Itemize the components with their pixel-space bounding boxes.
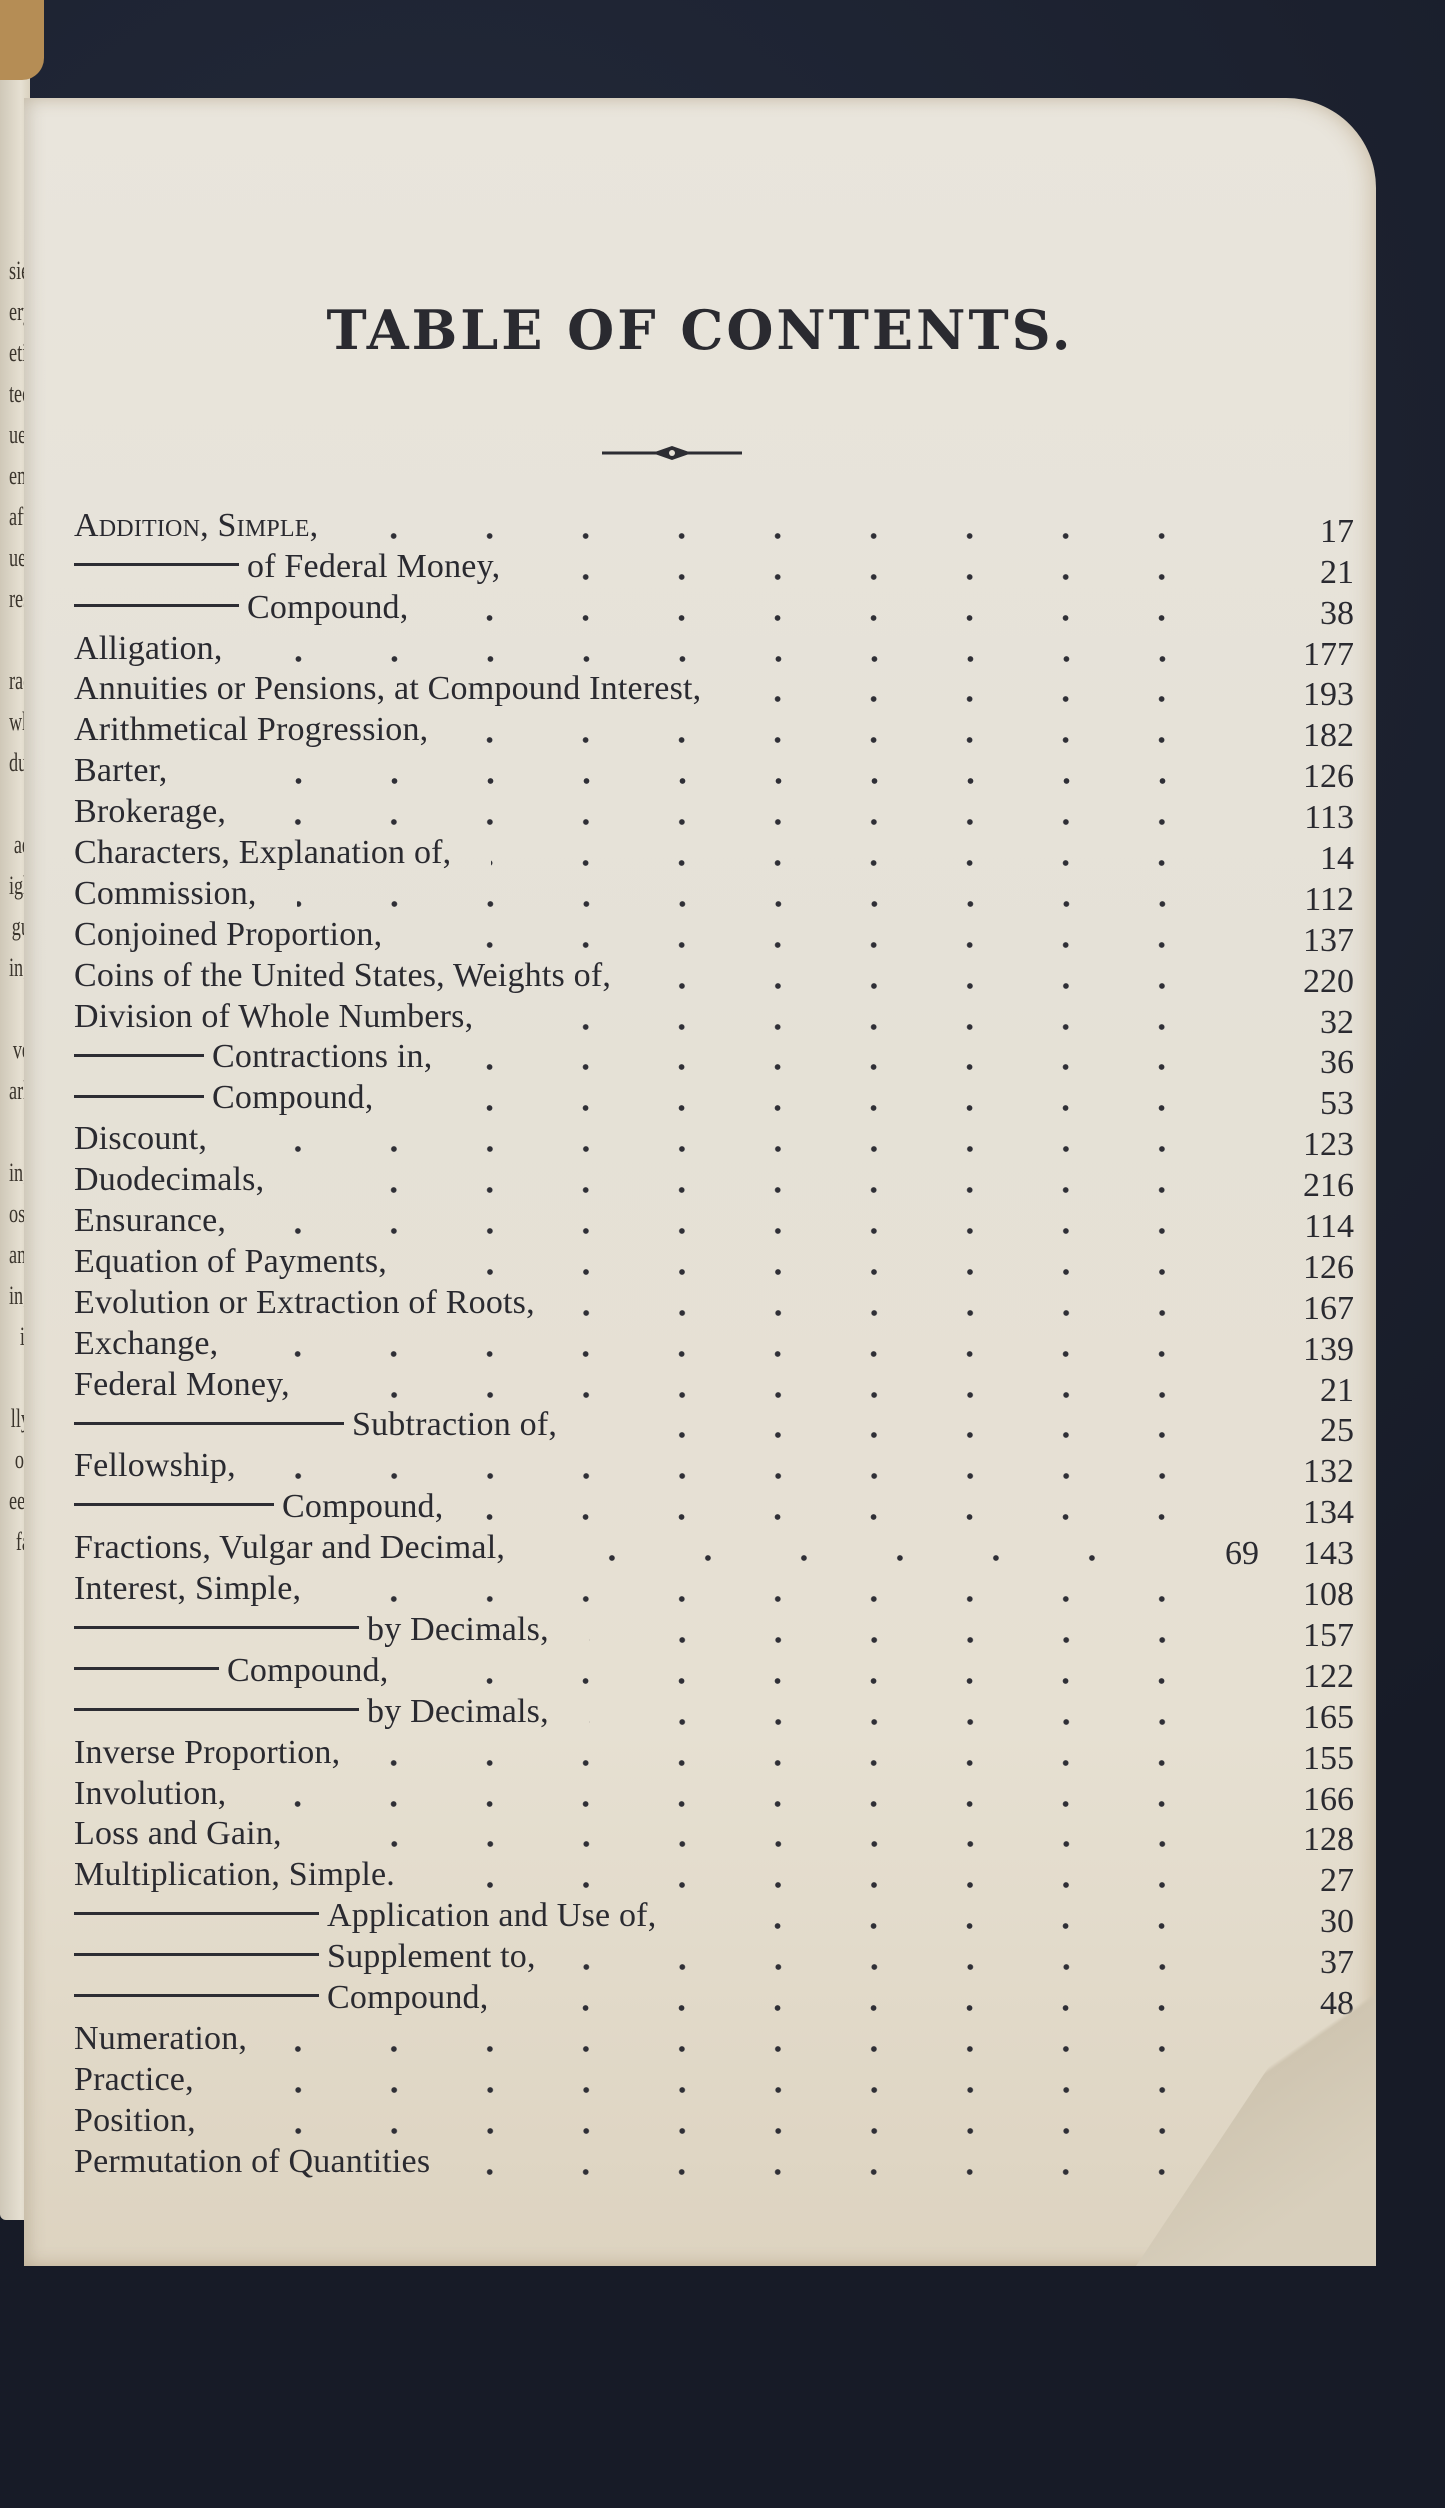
- page-number: 25: [1254, 1414, 1354, 1448]
- entry-label: Arithmetical Progression,: [74, 713, 428, 753]
- toc-entry[interactable]: Coins of the United States, Weights of, …: [74, 958, 1354, 999]
- ditto-dash: [74, 1095, 204, 1098]
- toc-entry[interactable]: Annuities or Pensions, at Compound Inter…: [74, 672, 1354, 713]
- toc-entry[interactable]: Supplement to, 37: [74, 1939, 1354, 1980]
- page-number: 17: [1254, 515, 1354, 549]
- dot-leader: [234, 2087, 1254, 2093]
- toc-entry[interactable]: Compound, 53: [74, 1080, 1354, 1121]
- page-number: 32: [1254, 1006, 1354, 1040]
- entry-text: Exchange,: [74, 1325, 218, 1362]
- entry-label: Exchange,: [74, 1327, 218, 1367]
- page-number: 122: [1254, 1660, 1354, 1694]
- page-number: 143: [1254, 1537, 1354, 1571]
- entry-text: Fellowship,: [74, 1447, 236, 1484]
- ditto-dash: [74, 1054, 204, 1057]
- entry-text: Federal Money,: [74, 1366, 290, 1403]
- toc-entry[interactable]: Discount, 123: [74, 1121, 1354, 1162]
- toc-entry[interactable]: Commission, 112: [74, 876, 1354, 917]
- dot-leader: [589, 1637, 1254, 1643]
- entry-label: Interest, Simple,: [74, 1572, 301, 1612]
- page-number: 126: [1254, 760, 1354, 794]
- toc-entry[interactable]: Contractions in, 36: [74, 1040, 1354, 1081]
- toc-entry[interactable]: Arithmetical Progression, 182: [74, 712, 1354, 753]
- page-number: 166: [1254, 1783, 1354, 1817]
- dot-leader: [358, 533, 1254, 539]
- entry-label: Practice,: [74, 2063, 194, 2103]
- dot-leader: [491, 860, 1254, 866]
- dot-leader: [468, 737, 1254, 743]
- ditto-dash: [74, 1503, 274, 1506]
- toc-entry[interactable]: Fellowship, 132: [74, 1448, 1354, 1489]
- entry-text: Subtraction of,: [352, 1406, 557, 1443]
- entry-text: Practice,: [74, 2061, 194, 2098]
- entry-label: Alligation,: [74, 632, 223, 672]
- toc-entry[interactable]: Equation of Payments, 126: [74, 1244, 1354, 1285]
- entry-text: Division of Whole Numbers,: [74, 998, 473, 1035]
- entry-label: Compound,: [74, 591, 408, 631]
- entry-text: Involution,: [74, 1775, 226, 1812]
- entry-label: Evolution or Extraction of Roots,: [74, 1286, 535, 1326]
- entry-text: Evolution or Extraction of Roots,: [74, 1284, 535, 1321]
- page-number: 220: [1254, 965, 1354, 999]
- ditto-dash: [74, 1626, 359, 1629]
- toc-entry[interactable]: Compound, 134: [74, 1489, 1354, 1530]
- page-number: 182: [1254, 719, 1354, 753]
- entry-label: Inverse Proportion,: [74, 1736, 340, 1776]
- dot-leader: [413, 1105, 1254, 1111]
- dot-leader: [341, 1596, 1254, 1602]
- entry-text: Barter,: [74, 752, 168, 789]
- dot-leader: [208, 778, 1255, 784]
- dot-leader: [297, 901, 1254, 907]
- entry-label: Federal Money,: [74, 1368, 290, 1408]
- entry-text: Commission,: [74, 875, 257, 912]
- entry-text: Arithmetical Progression,: [74, 711, 428, 748]
- page-number: 38: [1254, 597, 1354, 631]
- dot-leader: [470, 2169, 1254, 2175]
- dot-leader: [741, 696, 1254, 702]
- entry-text: Compound,: [227, 1652, 388, 1689]
- page-number: 216: [1254, 1169, 1354, 1203]
- dot-leader: [263, 656, 1254, 662]
- toc-entry[interactable]: of Federal Money, 21: [74, 549, 1354, 590]
- entry-label: Fellowship,: [74, 1449, 236, 1489]
- entry-text: Alligation,: [74, 630, 223, 667]
- toc-entry[interactable]: Involution, 166: [74, 1776, 1354, 1817]
- dot-leader: [472, 1064, 1254, 1070]
- toc-entry[interactable]: Compound, 122: [74, 1653, 1354, 1694]
- dot-leader: [287, 2046, 1254, 2052]
- entry-label: Application and Use of,: [74, 1899, 656, 1939]
- dot-leader: [427, 1269, 1254, 1275]
- page-number: 165: [1254, 1701, 1354, 1735]
- entry-label: Ensurance,: [74, 1204, 226, 1244]
- page-number: 126: [1254, 1251, 1354, 1285]
- entry-label: by Decimals,: [74, 1695, 549, 1735]
- toc-entry[interactable]: Conjoined Proportion, 137: [74, 917, 1354, 958]
- toc-entry[interactable]: Division of Whole Numbers, 32: [74, 999, 1354, 1040]
- toc-entry[interactable]: Federal Money, 21: [74, 1367, 1354, 1408]
- dot-leader: [428, 1678, 1254, 1684]
- page-number: 134: [1254, 1496, 1354, 1530]
- toc-entry[interactable]: Application and Use of, 30: [74, 1898, 1354, 1939]
- entry-label: Characters, Explanation of,: [74, 836, 451, 876]
- dot-leader: [696, 1923, 1254, 1929]
- entry-text: Addition, Simple,: [74, 507, 318, 544]
- toc-entry[interactable]: Compound, 48: [74, 1980, 1354, 2021]
- dot-leader: [597, 1432, 1254, 1438]
- ditto-dash: [74, 1994, 319, 1997]
- page-number: 21: [1254, 556, 1354, 590]
- dot-leader: [304, 1187, 1254, 1193]
- alt-page-number: 69: [1225, 1537, 1259, 1571]
- entry-text: Contractions in,: [212, 1038, 432, 1075]
- toc-entry[interactable]: Practice, 99: [74, 2062, 1354, 2103]
- entry-text: by Decimals,: [367, 1611, 549, 1648]
- entry-text: Ensurance,: [74, 1202, 226, 1239]
- dot-leader: [528, 2005, 1254, 2011]
- ditto-dash: [74, 604, 239, 607]
- entry-label: Conjoined Proportion,: [74, 918, 382, 958]
- dot-leader: [575, 1310, 1254, 1316]
- page-number: 132: [1254, 1455, 1354, 1489]
- page-number: 193: [1254, 678, 1354, 712]
- toc-entry[interactable]: Brokerage, 113: [74, 794, 1354, 835]
- dot-leader: [448, 615, 1254, 621]
- toc-entry[interactable]: Evolution or Extraction of Roots, 167: [74, 1285, 1354, 1326]
- dot-leader: [483, 1514, 1254, 1520]
- toc-entry[interactable]: Exchange, 139: [74, 1326, 1354, 1367]
- toc-entry[interactable]: Loss and Gain, 128: [74, 1817, 1354, 1858]
- dot-leader: [540, 574, 1254, 580]
- toc-entry[interactable]: Multiplication, Simple. 27: [74, 1857, 1354, 1898]
- entry-label: Subtraction of,: [74, 1408, 557, 1448]
- toc-entry[interactable]: Ensurance, 114: [74, 1203, 1354, 1244]
- page-number: 155: [1254, 1742, 1354, 1776]
- dot-leader: [589, 1719, 1254, 1725]
- entry-text: Conjoined Proportion,: [74, 916, 382, 953]
- ditto-dash: [74, 1422, 344, 1425]
- ditto-dash: [74, 1912, 319, 1915]
- toc-entry[interactable]: Position, 188: [74, 2103, 1354, 2144]
- entry-text: Annuities or Pensions, at Compound Inter…: [74, 670, 701, 707]
- entry-text: Interest, Simple,: [74, 1570, 301, 1607]
- dot-leader: [380, 1760, 1254, 1766]
- entry-text: Inverse Proportion,: [74, 1734, 340, 1771]
- dot-leader: [651, 983, 1254, 989]
- toc-entry[interactable]: Fractions, Vulgar and Decimal, 143 69: [74, 1530, 1354, 1571]
- entry-label: Addition, Simple,: [74, 509, 318, 549]
- page-number: 177: [1254, 638, 1354, 672]
- entry-label: Compound,: [74, 1490, 443, 1530]
- entry-text: Discount,: [74, 1120, 207, 1157]
- toc-entry[interactable]: by Decimals, 157: [74, 1612, 1354, 1653]
- entry-label: Annuities or Pensions, at Compound Inter…: [74, 672, 701, 712]
- entry-text: Compound,: [327, 1979, 488, 2016]
- dot-leader: [266, 1801, 1254, 1807]
- dot-leader: [330, 1392, 1254, 1398]
- dot-leader: [513, 1024, 1254, 1030]
- page-number: 114: [1254, 1210, 1354, 1244]
- entry-text: Compound,: [247, 589, 408, 626]
- dot-leader: [276, 1473, 1254, 1479]
- ditto-dash: [74, 563, 239, 566]
- toc-entry[interactable]: Compound, 38: [74, 590, 1354, 631]
- entry-text: Numeration,: [74, 2020, 247, 2057]
- page-number: 113: [1254, 801, 1354, 835]
- entry-label: Coins of the United States, Weights of,: [74, 959, 611, 999]
- table-of-contents: Addition, Simple, 17 of Federal Money, 2…: [74, 508, 1354, 2185]
- entry-label: Discount,: [74, 1122, 207, 1162]
- entry-label: Loss and Gain,: [74, 1817, 282, 1857]
- page-number: 53: [1254, 1087, 1354, 1121]
- toc-entry[interactable]: Characters, Explanation of, 14: [74, 835, 1354, 876]
- page-number: 14: [1254, 842, 1354, 876]
- entry-text: Multiplication, Simple.: [74, 1856, 395, 1893]
- page-number: 36: [1254, 1046, 1354, 1080]
- toc-entry[interactable]: Subtraction of, 25: [74, 1408, 1354, 1449]
- entry-label: Position,: [74, 2104, 196, 2144]
- entry-label: Barter,: [74, 754, 168, 794]
- page-number: 21: [1254, 1374, 1354, 1408]
- entry-text: Loss and Gain,: [74, 1815, 282, 1852]
- ditto-dash: [74, 1667, 219, 1670]
- entry-text: Brokerage,: [74, 793, 226, 830]
- ornament-rule-icon: [602, 443, 742, 463]
- entry-label: Duodecimals,: [74, 1163, 264, 1203]
- entry-text: Compound,: [282, 1488, 443, 1525]
- page-number: 108: [1254, 1578, 1354, 1612]
- toc-entry[interactable]: Permutation of Quantities 192: [74, 2144, 1354, 2185]
- entry-label: Numeration,: [74, 2022, 247, 2062]
- dot-leader: [266, 819, 1254, 825]
- entry-text: Fractions, Vulgar and Decimal,: [74, 1529, 505, 1566]
- dot-leader: [422, 942, 1254, 948]
- entry-text: Compound,: [212, 1079, 373, 1116]
- entry-text: Coins of the United States, Weights of,: [74, 957, 611, 994]
- toc-entry[interactable]: Addition, Simple, 17: [74, 508, 1354, 549]
- entry-text: Duodecimals,: [74, 1161, 264, 1198]
- entry-label: Permutation of Quantities: [74, 2145, 430, 2185]
- toc-entry[interactable]: Alligation, 177: [74, 631, 1354, 672]
- toc-entry[interactable]: Inverse Proportion, 155: [74, 1735, 1354, 1776]
- entry-text: Application and Use of,: [327, 1897, 656, 1934]
- entry-text: by Decimals,: [367, 1693, 549, 1730]
- dot-leader: [576, 1964, 1254, 1970]
- entry-label: of Federal Money,: [74, 550, 500, 590]
- entry-label: Compound,: [74, 1981, 488, 2021]
- toc-entry[interactable]: Interest, Simple, 108: [74, 1571, 1354, 1612]
- entry-label: Involution,: [74, 1777, 226, 1817]
- dot-leader: [435, 1882, 1254, 1888]
- toc-entry[interactable]: Barter, 126: [74, 753, 1354, 794]
- entry-label: Commission,: [74, 877, 257, 917]
- page-number: 137: [1254, 924, 1354, 958]
- dot-leader: [247, 1146, 1254, 1152]
- ditto-dash: [74, 1708, 359, 1711]
- page-title: TABLE OF CONTENTS.: [24, 298, 1376, 362]
- ditto-dash: [74, 1953, 319, 1956]
- entry-text: Supplement to,: [327, 1938, 536, 1975]
- page-number: 27: [1254, 1864, 1354, 1898]
- dot-leader: [545, 1555, 1184, 1561]
- dot-leader: [322, 1841, 1254, 1847]
- dot-leader: [236, 2128, 1254, 2134]
- entry-label: Supplement to,: [74, 1940, 536, 1980]
- dot-leader: [258, 1351, 1254, 1357]
- page-number: 139: [1254, 1333, 1354, 1367]
- entry-text: Position,: [74, 2102, 196, 2139]
- entry-label: Equation of Payments,: [74, 1245, 387, 1285]
- entry-label: Compound,: [74, 1081, 373, 1121]
- entry-text: Equation of Payments,: [74, 1243, 387, 1280]
- entry-label: Multiplication, Simple.: [74, 1858, 395, 1898]
- page-number: 123: [1254, 1128, 1354, 1162]
- entry-label: by Decimals,: [74, 1613, 549, 1653]
- toc-entry[interactable]: Numeration, 15: [74, 2021, 1354, 2062]
- page-number: 128: [1254, 1823, 1354, 1857]
- entry-label: Brokerage,: [74, 795, 226, 835]
- page-number: 30: [1254, 1905, 1354, 1939]
- facing-page-tab: [0, 0, 44, 80]
- entry-text: Permutation of Quantities: [74, 2143, 430, 2180]
- page-number: 167: [1254, 1292, 1354, 1326]
- toc-entry[interactable]: by Decimals, 165: [74, 1694, 1354, 1735]
- toc-entry[interactable]: Duodecimals, 216: [74, 1162, 1354, 1203]
- entry-label: Contractions in,: [74, 1040, 432, 1080]
- entry-label: Fractions, Vulgar and Decimal,: [74, 1531, 505, 1571]
- entry-label: Division of Whole Numbers,: [74, 1000, 473, 1040]
- page-number: 157: [1254, 1619, 1354, 1653]
- entry-label: Compound,: [74, 1654, 388, 1694]
- page-number: 112: [1254, 883, 1354, 917]
- dot-leader: [266, 1228, 1254, 1234]
- book-page: TABLE OF CONTENTS. Addition, Simple, 17 …: [24, 98, 1376, 2266]
- entry-text: Characters, Explanation of,: [74, 834, 451, 871]
- entry-text: of Federal Money,: [247, 548, 500, 585]
